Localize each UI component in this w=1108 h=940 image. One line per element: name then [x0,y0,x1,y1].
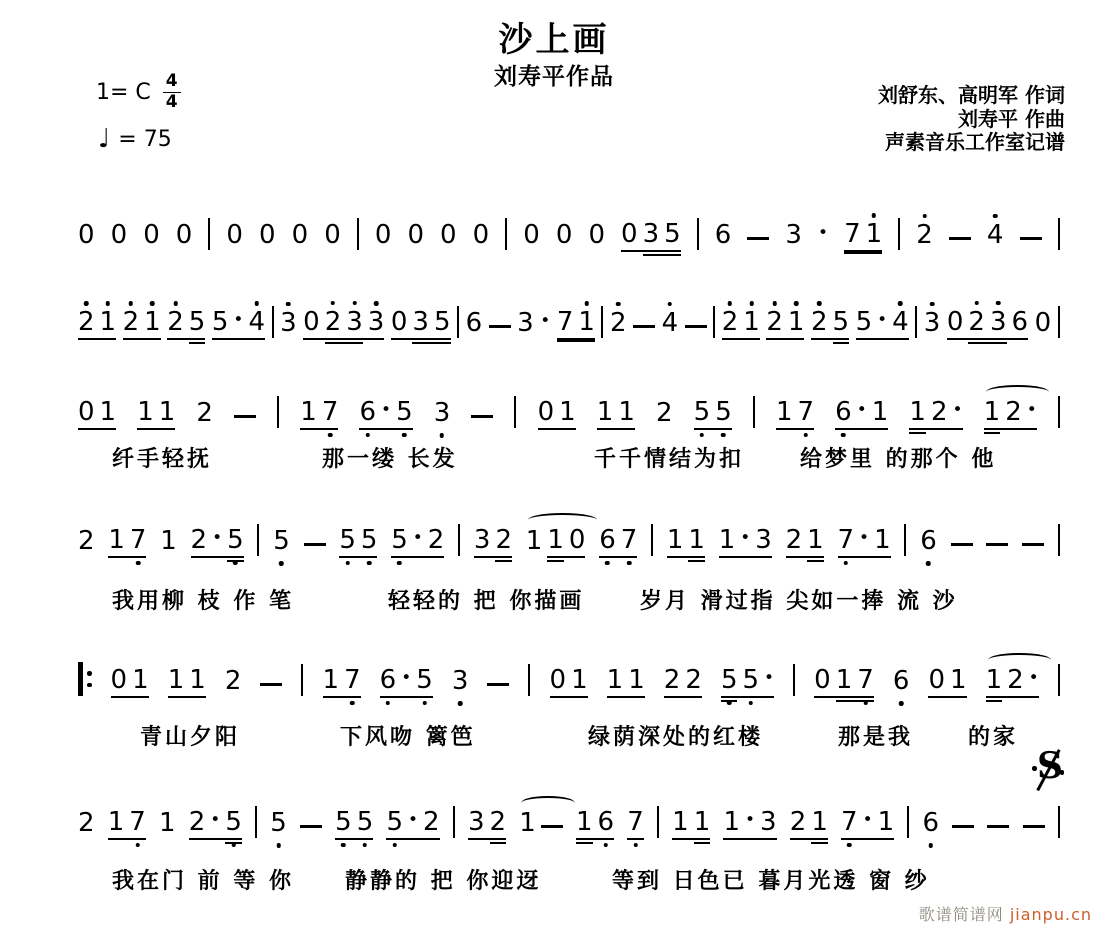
beam-group: 11 [137,399,175,430]
note: 2 [196,400,213,426]
note: 7 [857,667,874,693]
note: 6 [599,527,616,553]
segno-row [0,752,1108,792]
note: 2 [78,810,95,836]
beam-group: 71 [844,221,882,252]
song-title: 沙上画 [0,12,1108,61]
repeat-dot [87,683,92,688]
augmentation-dot: • [408,812,418,829]
beam-group: 11 [168,667,206,698]
note: 1 [526,528,543,554]
note: 1 [300,399,317,425]
time-signature-top: 4 [163,72,181,93]
note: 5 [361,527,378,553]
barline [514,396,516,428]
watermark: 歌谱简谱网 jianpu.cn [0,902,1108,924]
note: 0 [143,222,160,248]
beam-group: 55 [694,399,732,430]
note: 1 [866,221,883,247]
note: 0 [226,222,243,248]
augmentation-dot: • [877,312,887,329]
augmentation-dot: • [413,530,423,547]
beam-group: 11 [597,399,635,430]
beam-group: 17 [776,399,814,430]
duration-dash [747,237,769,240]
note: 5 [396,399,413,425]
note: 0 [569,527,586,553]
music-line-1: 00000000000000003563•7124 [0,206,1108,252]
barline [453,806,455,838]
duration-dash [952,825,974,828]
note: 6 [920,528,937,554]
note: 0 [928,667,945,693]
beam-group: 21 [766,309,804,340]
note: 1 [519,810,536,836]
note: 0 [550,667,567,693]
barline [505,218,507,250]
lyric-phrase: 我在门 前 等 你 [112,864,294,895]
note: 6 [598,809,615,835]
note: 5 [227,527,244,553]
note: 2 [78,309,95,335]
note: 6 [380,667,397,693]
lyric-phrase: 千千情结为扣 [594,442,744,473]
note: 0 [1035,310,1052,336]
duration-dash [1020,237,1042,240]
beam-group: 17 [108,809,146,840]
beam-group: 11 [672,809,710,841]
note: 2 [167,309,184,335]
note: 3 [468,809,485,835]
credit-transcriber: 声素音乐工作室记谱 [878,131,1065,155]
note: 0 [259,222,276,248]
note: 1 [144,309,161,335]
barline [301,664,303,696]
tie-group: 12• [984,399,1037,431]
lyric-phrase: 给梦里 的那个 他 [800,442,996,473]
note: 1 [100,309,117,335]
note: 5 [391,527,408,553]
credit-composer: 刘寿平 作曲 [878,108,1065,132]
beam-group: 1 [694,809,711,844]
augmentation-dot: • [540,313,550,330]
beam-group: 1 [986,667,1003,702]
segno-dot-right [1060,770,1065,775]
segno-dot-left [1032,766,1037,771]
note: 2 [931,399,948,425]
beam-group: 5•2 [391,527,444,558]
duration-dash [541,825,563,828]
augmentation-dot: • [381,402,391,419]
augmentation-dot: • [745,812,755,829]
beam-group: 23 [968,309,1006,344]
note: 1 [576,809,593,835]
note: 5 [335,809,352,835]
beam-group: 1 [547,527,564,562]
beam-group: 01 [111,667,149,698]
note: 2 [428,527,445,553]
beam-group: 6•5 [380,667,433,698]
duration-dash [304,543,326,546]
note: 1 [667,527,684,553]
beam-group: 22 [664,667,702,698]
beam-group: 1 [909,399,926,434]
note: 1 [189,667,206,693]
beam-group: 23 [325,309,363,344]
credits-block: 刘舒东、高明军 作词 刘寿平 作曲 声素音乐工作室记谱 [878,84,1065,155]
barline [1058,218,1060,250]
note: 5 [434,309,451,335]
key-signature-text: 1= C [96,80,151,105]
augmentation-dot: • [740,530,750,547]
note: 5 [664,221,681,247]
note: 0 [111,667,128,693]
note: 2 [968,309,985,335]
barline [1058,306,1060,338]
tie-group: 110 [526,527,586,559]
note: 1 [547,527,564,553]
note: 1 [618,399,635,425]
beam-group: 55• [721,667,774,699]
watermark-site-name: 歌谱简谱网 [919,905,1004,924]
beam-group: 6•5 [359,399,412,430]
note: 2 [1005,399,1022,425]
note: 1 [984,399,1001,425]
lyric-phrase: 的家 [968,720,1018,751]
augmentation-dot: • [863,812,873,829]
lyrics-line-4: 我在门 前 等 你静静的 把 你迎迓等到 日色已 暮月光透 窗 纱 [0,864,1108,894]
note: 1 [137,399,154,425]
duration-dash [949,237,971,240]
note: 5 [416,667,433,693]
time-signature-bottom: 4 [166,93,178,113]
note: 7 [841,809,858,835]
score-header: 沙上画 刘寿平作品 1= C 4 4 = 75 刘舒东、高明军 作词 刘寿平 作… [0,0,1108,178]
beam-group: 17 [323,667,361,698]
beam-group: 5 [721,667,738,702]
augmentation-dot: • [1027,402,1037,419]
note: 3 [990,309,1007,335]
barline [208,218,210,250]
note: 2 [423,809,440,835]
music-line-6: 21712•55555•2321167111•3217•16 [0,794,1108,840]
note: 2 [123,309,140,335]
beam-group: 16 [576,809,614,841]
beam-group: 2 [495,527,512,562]
sheet-music-page: 沙上画 刘寿平作品 1= C 4 4 = 75 刘舒东、高明军 作词 刘寿平 作… [0,0,1108,940]
credit-lyricist: 刘舒东、高明军 作词 [878,84,1065,108]
beam-group: 21 [790,809,828,841]
beam-group: 7 [627,809,644,840]
beam-group: 17 [836,667,874,702]
music-line-5: 01112176•5301112255•01760112• [0,652,1108,698]
beam-group: 32 [468,809,506,841]
duration-dash [987,825,1009,828]
augmentation-dot: • [212,530,222,547]
note: 7 [844,221,861,247]
note: 6 [1012,309,1029,335]
note: 2 [495,527,512,553]
note: 6 [715,222,732,248]
duration-dash [300,825,322,828]
duration-dash [487,683,509,686]
duration-dash [633,325,655,328]
note: 0 [814,667,831,693]
note: 2 [766,309,783,335]
note: 2 [191,527,208,553]
beam-group: 35 [643,221,681,256]
note: 5 [225,809,242,835]
beam-group: 55 [335,809,373,840]
lyric-phrase: 轻轻的 把 你描画 [388,584,584,615]
music-line-4: 21712•55555•23211067111•3217•16 [0,512,1108,558]
beam-group: 035 [391,309,451,341]
note: 7 [621,527,638,553]
note: 1 [878,809,895,835]
lyric-phrase: 静静的 把 你迎迓 [345,864,541,895]
note: 7 [344,667,361,693]
note: 0 [440,222,457,248]
lyrics-line-1: 纤手轻抚那一缕 长发千千情结为扣给梦里 的那个 他 [0,442,1108,472]
barline [713,306,715,338]
beam-group: 71 [557,309,595,340]
note: 3 [755,527,772,553]
note: 4 [662,310,679,336]
beam-group: 67 [599,527,637,558]
duration-dash [260,683,282,686]
tempo-marking: = 75 [98,124,172,154]
note: 5 [742,667,759,693]
beam-group: 21 [786,527,824,559]
augmentation-dot: • [818,225,828,242]
note: 7 [798,399,815,425]
augmentation-dot: • [857,402,867,419]
note: 0 [78,399,95,425]
note: 4 [892,309,909,335]
note: 5 [270,810,287,836]
note: 6 [923,810,940,836]
beam-group: 5•4 [212,309,265,340]
duration-dash [489,325,511,328]
duration-dash [234,415,256,418]
repeat-bar [78,662,83,696]
note: 1 [132,667,149,693]
note: 2 [916,222,933,248]
note: 5 [212,309,229,335]
note: 0 [588,222,605,248]
beam-group: 1 [984,399,1001,434]
music-line-2: 2121255•43023303563•71242121255•4302360 [0,294,1108,340]
augmentation-dot: • [1029,670,1039,687]
note: 3 [643,221,660,247]
note: 1 [872,399,889,425]
repeat-start-sign [78,662,92,696]
beam-group: 2•5 [189,809,242,841]
note: 6 [359,399,376,425]
note: 5 [694,399,711,425]
beam-group: 7•1 [838,527,891,558]
lyric-phrase: 绿荫深处的红楼 [588,720,763,751]
note: 2 [78,528,95,554]
beam-group: 035 [621,221,681,253]
barline [255,806,257,838]
beam-group: 1•3 [723,809,776,840]
note: 0 [473,222,490,248]
note: 2 [790,809,807,835]
beam-group: 1 [688,527,705,562]
lyric-phrase: 等到 日色已 暮月光透 窗 纱 [612,864,930,895]
note: 2 [656,400,673,426]
beam-group: 2•5 [191,527,244,559]
barline [528,664,530,696]
lyric-phrase: 纤手轻抚 [112,442,212,473]
note: 7 [129,809,146,835]
note: 1 [159,810,176,836]
barline [697,218,699,250]
note: 3 [517,310,534,336]
augmentation-dot: • [859,530,869,547]
beam-group: 5•4 [856,309,909,340]
beam-group: 12• [909,399,962,431]
note: 5 [833,309,850,335]
beam-group: 01 [550,667,588,698]
note: 0 [324,222,341,248]
augmentation-dot: • [233,312,243,329]
note: 0 [538,399,555,425]
tie-group: 1 [519,810,563,841]
beam-group: 55 [339,527,377,558]
note: 1 [607,667,624,693]
key-signature: 1= C 4 4 [96,72,181,112]
note: 5 [856,309,873,335]
note: 3 [924,310,941,336]
beam-group: 5 [833,309,850,344]
duration-dash [951,543,973,546]
note: 3 [474,527,491,553]
note: 2 [490,809,507,835]
note: 7 [130,527,147,553]
note: 3 [785,222,802,248]
note: 1 [788,309,805,335]
note: 5 [357,809,374,835]
note: 1 [628,667,645,693]
lyric-phrase: 青山夕阳 [140,720,240,751]
note: 3 [346,309,363,335]
note: 6 [835,399,852,425]
beam-group: 0233 [303,309,384,341]
lyrics-line-3: 青山夕阳下风吻 篱笆绿荫深处的红楼那是我的家 [0,720,1108,750]
note: 1 [836,667,853,693]
beam-group: 017 [814,667,874,699]
beam-group: 32 [474,527,512,559]
lyrics-line-2: 我用柳 枝 作 笔轻轻的 把 你描画岁月 滑过指 尖如一捧 流 沙 [0,584,1108,614]
duration-dash [986,543,1008,546]
note: 2 [225,668,242,694]
beam-group: 01 [538,399,576,430]
beam-group: 21 [123,309,161,340]
augmentation-dot: • [953,402,963,419]
note: 7 [322,399,339,425]
duration-dash [1022,543,1044,546]
note: 7 [838,527,855,553]
beam-group: 25 [811,309,849,341]
note: 0 [303,309,320,335]
barline [458,524,460,556]
barline [257,524,259,556]
note: 7 [627,809,644,835]
barline [1058,806,1060,838]
barline [651,524,653,556]
note: 1 [694,809,711,835]
music-line-3: 01112176•530111255176•112•12• [0,384,1108,430]
beam-group: 1 [807,527,824,562]
note: 2 [189,809,206,835]
beam-group: 35 [412,309,450,344]
beam-group: 6•1 [835,399,888,430]
note: 7 [557,309,574,335]
note: 2 [811,309,828,335]
lyric-phrase: 下风吻 篱笆 [340,720,476,751]
note: 6 [466,310,483,336]
beam-group: 17 [300,399,338,430]
lyric-phrase: 我用柳 枝 作 笔 [112,584,294,615]
barline [657,806,659,838]
note: 1 [719,527,736,553]
barline [1058,396,1060,428]
note: 1 [597,399,614,425]
watermark-site-url: jianpu.cn [1010,905,1092,924]
beam-group: 1•3 [719,527,772,558]
beam-group: 1 [811,809,828,844]
barline [601,306,603,338]
note: 1 [160,528,177,554]
note: 2 [722,309,739,335]
note: 2 [664,667,681,693]
duration-dash [1023,825,1045,828]
beam-group: 0236 [947,309,1028,341]
note: 5 [273,528,290,554]
note: 0 [111,222,128,248]
note: 1 [672,809,689,835]
note: 1 [723,809,740,835]
beam-group: 11 [667,527,705,559]
beam-group: 01 [928,667,966,698]
note: 3 [760,809,777,835]
barline [793,664,795,696]
note: 1 [874,527,891,553]
beam-group: 2 [490,809,507,844]
note: 2 [610,310,627,336]
note: 1 [807,527,824,553]
augmentation-dot: • [210,812,220,829]
note: 2 [786,527,803,553]
note: 0 [78,222,95,248]
time-signature: 4 4 [163,72,181,112]
note: 1 [168,667,185,693]
beam-group: 21 [78,309,116,340]
barline [753,396,755,428]
note: 0 [375,222,392,248]
note: 4 [248,309,265,335]
note: 1 [559,399,576,425]
note: 2 [1007,667,1024,693]
barline [898,218,900,250]
note: 6 [893,668,910,694]
beam-group: 1 [576,809,593,844]
beam-group: 21 [722,309,760,340]
note: 0 [947,309,964,335]
lyric-phrase: 岁月 滑过指 尖如一捧 流 沙 [640,584,958,615]
